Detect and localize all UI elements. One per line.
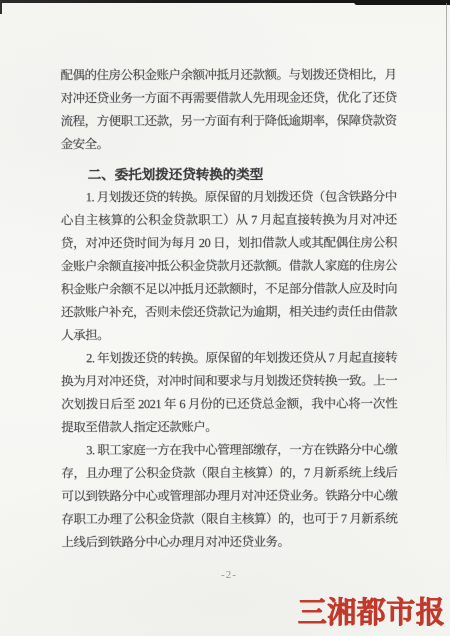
paragraph-continuation: 配偶的住房公积金账户余额冲抵月还款额。与划拨还贷相比，月对冲还贷业务一方面不再需…	[60, 64, 396, 157]
scan-artifact-top-right-edge	[354, 0, 450, 5]
paragraph-item-1: 1. 月划拨还贷的转换。原保留的月划拨还贷（包含铁路分中心自主核算的公积金贷款职…	[61, 186, 397, 348]
section-heading: 二、委托划拨还贷转换的类型	[61, 163, 397, 187]
newspaper-logo-watermark: 三湘都市报	[297, 589, 445, 632]
paragraph-item-3: 3. 职工家庭一方在我中心管理部缴存，一方在铁路分中心缴存，且办理了公积金贷款（…	[61, 439, 397, 555]
scanned-document-page: 配偶的住房公积金账户余额冲抵月还款额。与划拨还贷相比，月对冲还贷业务一方面不再需…	[0, 0, 450, 636]
scan-artifact-right-line	[446, 3, 447, 490]
scan-artifact-left-edge	[0, 0, 2, 14]
page-number: -2-	[61, 569, 397, 581]
document-body: 配偶的住房公积金账户余额冲抵月还款额。与划拨还贷相比，月对冲还贷业务一方面不再需…	[60, 64, 397, 555]
paragraph-item-2: 2. 年划拨还贷的转换。原保留的年划拨还贷从 7 月起直接转换为月对冲还贷，对冲…	[61, 347, 397, 440]
